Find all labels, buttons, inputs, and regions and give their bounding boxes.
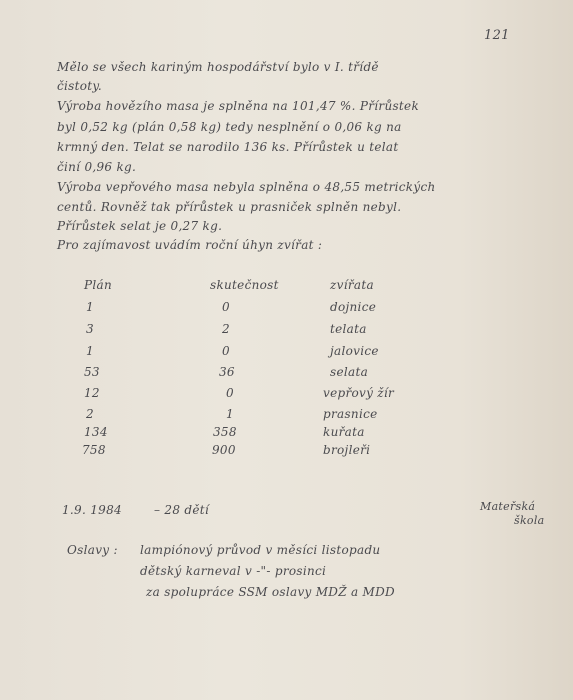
page-number: 121 bbox=[484, 28, 510, 43]
cell-actual: 0 bbox=[222, 344, 230, 358]
table-header-actual: skutečnost bbox=[210, 278, 279, 292]
cell-animal: dojnice bbox=[330, 300, 376, 314]
text-line: krmný den. Telat se narodilo 136 ks. Pří… bbox=[57, 140, 399, 154]
cell-plan: 1 bbox=[86, 300, 94, 314]
text-line: byl 0,52 kg (plán 0,58 kg) tedy nesplněn… bbox=[57, 120, 402, 134]
cell-actual: 900 bbox=[212, 443, 236, 457]
celebration-line: dětský karneval v -"- prosinci bbox=[140, 564, 326, 578]
celebration-line: za spolupráce SSM oslavy MDŽ a MDD bbox=[146, 585, 395, 599]
cell-animal: vepřový žír bbox=[323, 386, 394, 400]
cell-actual: 36 bbox=[219, 365, 235, 379]
cell-plan: 12 bbox=[84, 386, 100, 400]
cell-plan: 53 bbox=[84, 365, 100, 379]
text-line: centů. Rovněž tak přírůstek u prasniček … bbox=[57, 200, 401, 214]
cell-animal: kuřata bbox=[323, 425, 365, 439]
cell-animal: brojleři bbox=[323, 443, 370, 457]
text-line: Pro zajímavost uvádím roční úhyn zvířat … bbox=[57, 238, 322, 252]
text-line: Mělo se všech kariným hospodářství bylo … bbox=[57, 60, 379, 74]
school-label-line2: škola bbox=[514, 514, 545, 527]
cell-animal: prasnice bbox=[323, 407, 378, 421]
cell-animal: selata bbox=[330, 365, 368, 379]
cell-actual: 0 bbox=[222, 300, 230, 314]
school-date: 1.9. 1984 bbox=[62, 503, 122, 517]
text-line: čistoty. bbox=[57, 79, 102, 93]
cell-plan: 3 bbox=[86, 322, 94, 336]
text-line: Výroba hovězího masa je splněna na 101,4… bbox=[57, 99, 419, 113]
table-header-animals: zvířata bbox=[330, 278, 374, 292]
cell-actual: 0 bbox=[226, 386, 234, 400]
celebrations-label: Oslavy : bbox=[67, 543, 118, 557]
celebration-line: lampiónový průvod v měsíci listopadu bbox=[140, 543, 380, 557]
text-line: Výroba vepřového masa nebyla splněna o 4… bbox=[57, 180, 436, 194]
school-children-count: – 28 dětí bbox=[154, 503, 209, 517]
table-header-plan: Plán bbox=[84, 278, 112, 292]
cell-animal: telata bbox=[330, 322, 367, 336]
school-label-line1: Mateřská bbox=[480, 500, 535, 513]
cell-plan: 1 bbox=[86, 344, 94, 358]
cell-plan: 758 bbox=[82, 443, 106, 457]
cell-plan: 2 bbox=[86, 407, 94, 421]
cell-actual: 2 bbox=[222, 322, 230, 336]
cell-animal: jalovice bbox=[330, 344, 379, 358]
cell-plan: 134 bbox=[84, 425, 108, 439]
cell-actual: 1 bbox=[226, 407, 234, 421]
cell-actual: 358 bbox=[213, 425, 237, 439]
text-line: činí 0,96 kg. bbox=[57, 160, 136, 174]
document-page: 121 Mělo se všech kariným hospodářství b… bbox=[0, 0, 573, 700]
text-line: Přírůstek selat je 0,27 kg. bbox=[57, 219, 222, 233]
